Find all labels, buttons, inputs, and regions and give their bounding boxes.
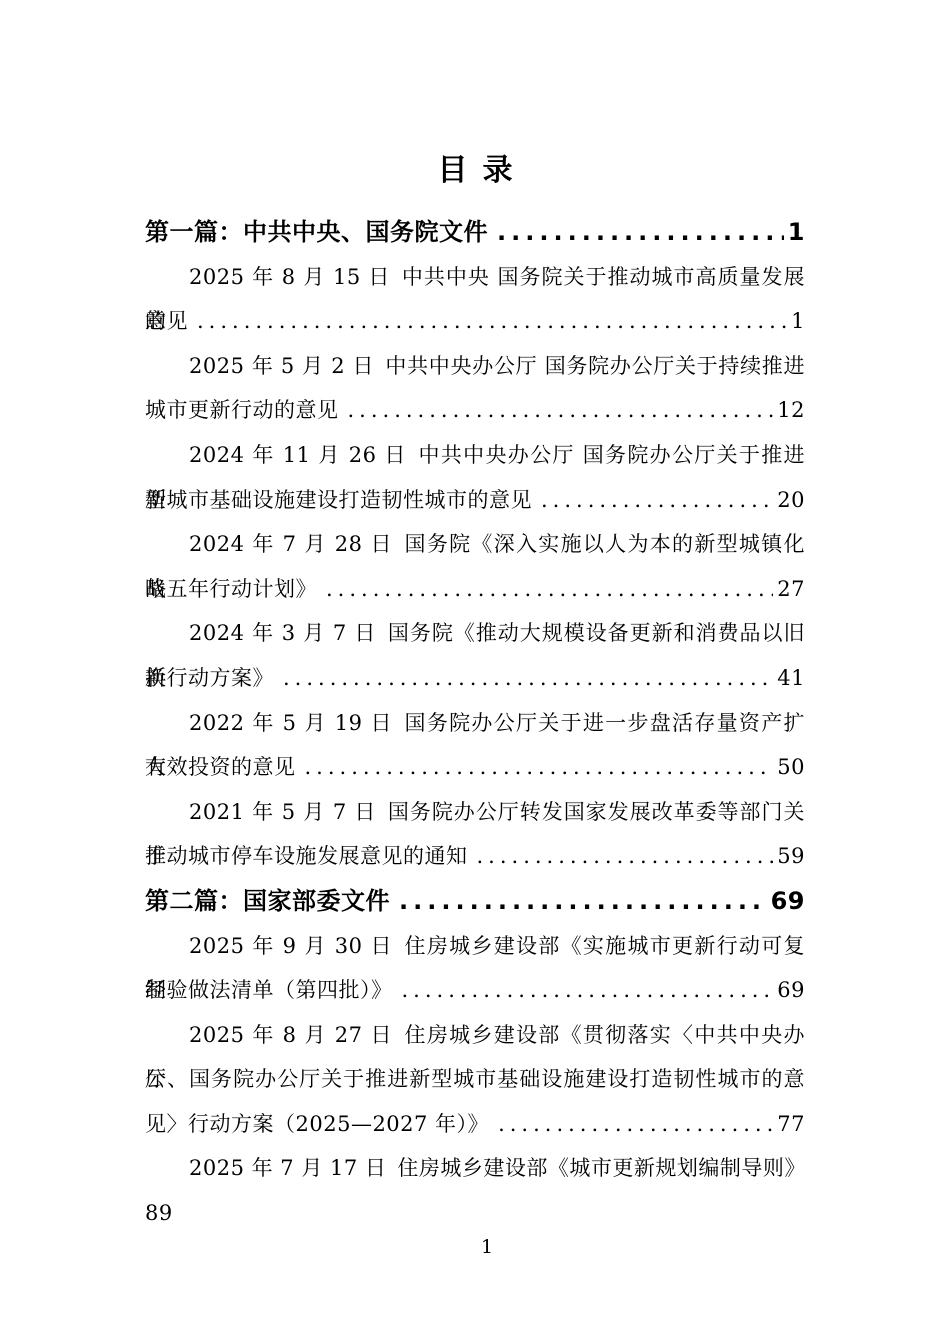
document-title: 目 录 (145, 154, 805, 188)
page-ref: 1 (791, 299, 805, 344)
toc-entry-row: 意见1 (145, 299, 805, 344)
toc-heading-text: 第二篇：国家部委文件 (145, 879, 390, 924)
dot-leader (541, 478, 773, 523)
toc-entry-row: 2024 年 3 月 7 日 国务院《推动大规模设备更新和消费品以旧换 (145, 611, 805, 656)
toc-heading-text: 第一篇：中共中央、国务院文件 (145, 210, 488, 255)
page-ref: 41 (777, 656, 805, 701)
toc-entry-row: 有效投资的意见50 (145, 745, 805, 790)
toc-heading-row: 第二篇：国家部委文件69 (145, 879, 805, 924)
toc-entry-text: 经验做法清单（第四批）》 (145, 968, 393, 1013)
page-ref: 59 (777, 834, 805, 879)
page-ref: 20 (777, 478, 805, 523)
toc-entry-row: 2025 年 9 月 30 日 住房城乡建设部《实施城市更新行动可复制 (145, 924, 805, 969)
page-ref: 12 (777, 388, 805, 433)
toc-entry-row: 2022 年 5 月 19 日 国务院办公厅关于进一步盘活存量资产扩大 (145, 701, 805, 746)
toc-list: 第一篇：中共中央、国务院文件12025 年 8 月 15 日 中共中央 国务院关… (145, 210, 805, 1191)
toc-entry-text: 有效投资的意见 (145, 745, 296, 790)
toc-entry-row: 型城市基础设施建设打造韧性城市的意见20 (145, 478, 805, 523)
toc-entry-row: 新行动方案》41 (145, 656, 805, 701)
toc-entry-text: 推动城市停车设施发展意见的通知 (145, 834, 468, 879)
toc-entry-row: 经验做法清单（第四批）》69 (145, 968, 805, 1013)
toc-entry-row: 城市更新行动的意见12 (145, 388, 805, 433)
toc-entry-row: 2025 年 7 月 17 日 住房城乡建设部《城市更新规划编制导则》89 (145, 1146, 805, 1191)
toc-entry-row: 2025 年 8 月 27 日 住房城乡建设部《贯彻落实〈中共中央办公 (145, 1013, 805, 1058)
page-ref: 1 (788, 210, 805, 255)
page-ref: 69 (771, 879, 805, 924)
toc-entry-row: 厅、国务院办公厅关于推进新型城市基础设施建设打造韧性城市的意 (145, 1057, 805, 1102)
page-ref: 77 (777, 1102, 805, 1147)
dot-leader (402, 968, 774, 1013)
dot-leader (399, 879, 767, 924)
page-ref: 89 (145, 1201, 173, 1225)
toc-entry-text: 2025 年 7 月 17 日 住房城乡建设部《城市更新规划编制导则》 (189, 1156, 806, 1180)
toc-entry-row: 2025 年 8 月 15 日 中共中央 国务院关于推动城市高质量发展的 (145, 255, 805, 300)
dot-leader (348, 388, 774, 433)
toc-entry-text: 略五年行动计划》 (145, 567, 317, 612)
toc-entry-row: 推动城市停车设施发展意见的通知59 (145, 834, 805, 879)
page-ref: 27 (777, 567, 805, 612)
toc-entry-row: 2025 年 5 月 2 日 中共中央办公厅 国务院办公厅关于持续推进 (145, 344, 805, 389)
toc-entry-row: 2024 年 11 月 26 日 中共中央办公厅 国务院办公厅关于推进新 (145, 433, 805, 478)
dot-leader (498, 1102, 773, 1147)
dot-leader (305, 745, 774, 790)
footer-page-number: 1 (157, 1234, 817, 1260)
dot-leader (283, 656, 773, 701)
toc-entry-row: 2024 年 7 月 28 日 国务院《深入实施以人为本的新型城镇化战 (145, 522, 805, 567)
toc-entry-text: 新行动方案》 (145, 656, 274, 701)
toc-heading-row: 第一篇：中共中央、国务院文件1 (145, 210, 805, 255)
dot-leader (326, 567, 773, 612)
dot-leader (197, 299, 787, 344)
toc-entry-row: 见〉行动方案（2025—2027 年）》77 (145, 1102, 805, 1147)
toc-entry-text: 型城市基础设施建设打造韧性城市的意见 (145, 478, 532, 523)
toc-entry-text: 意见 (145, 299, 188, 344)
toc-entry-row: 2021 年 5 月 7 日 国务院办公厅转发国家发展改革委等部门关于 (145, 790, 805, 835)
dot-leader (497, 210, 784, 255)
document-page: 目 录 第一篇：中共中央、国务院文件12025 年 8 月 15 日 中共中央 … (0, 0, 950, 1344)
toc-entry-row: 略五年行动计划》27 (145, 567, 805, 612)
toc-entry-text: 厅、国务院办公厅关于推进新型城市基础设施建设打造韧性城市的意 (145, 1067, 805, 1091)
dot-leader (477, 834, 774, 879)
toc-entry-text: 见〉行动方案（2025—2027 年）》 (145, 1102, 489, 1147)
toc-entry-text: 城市更新行动的意见 (145, 388, 339, 433)
page-ref: 50 (777, 745, 805, 790)
toc-entry-text: 2025 年 5 月 2 日 中共中央办公厅 国务院办公厅关于持续推进 (189, 354, 805, 378)
page-ref: 69 (777, 968, 805, 1013)
